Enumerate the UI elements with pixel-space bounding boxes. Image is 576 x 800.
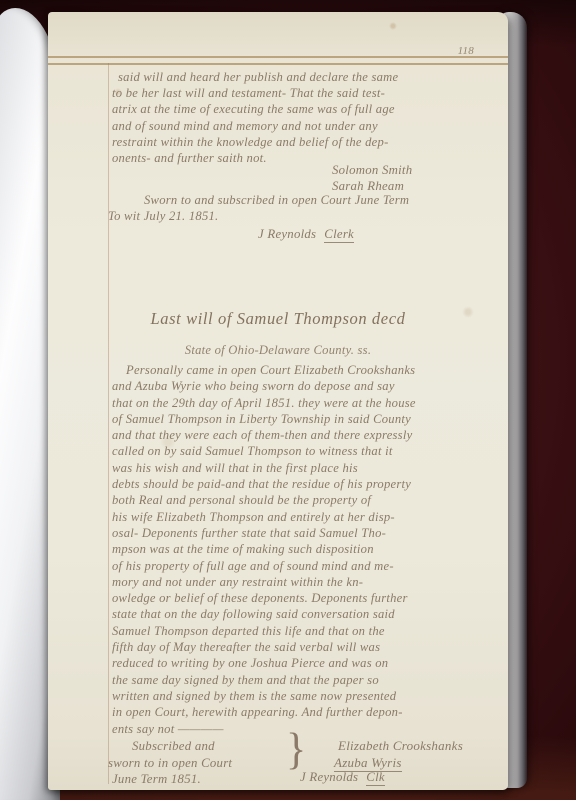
- handwritten-line: his wife Elizabeth Thompson and entirely…: [112, 509, 416, 525]
- top-ruled-line-outer: [48, 56, 508, 58]
- handwritten-line: restraint within the knowledge and belie…: [112, 134, 398, 150]
- handwritten-line: osal- Deponents further state that said …: [112, 525, 416, 541]
- clerk-name: J Reynolds: [258, 227, 316, 241]
- clerk-title: Clerk: [324, 227, 354, 243]
- handwritten-line: was his wish and will that in the first …: [112, 460, 416, 476]
- deponent-signature: Elizabeth Crookshanks: [338, 738, 463, 754]
- clerk-signature: J ReynoldsClerk: [258, 227, 354, 242]
- handwritten-line: the same day signed by them and that the…: [112, 672, 416, 688]
- handwritten-line: state that on the day following said con…: [112, 606, 416, 622]
- handwritten-line: atrix at the time of executing the same …: [112, 101, 398, 117]
- prev-will-text: said will and heard her publish and decl…: [112, 69, 398, 166]
- top-ruled-line-inner: [48, 63, 508, 65]
- handwritten-line: reduced to writing by one Joshua Pierce …: [112, 655, 416, 671]
- clerk-title: Clk: [366, 770, 385, 786]
- handwritten-line: Samuel Thompson departed this life and t…: [112, 623, 416, 639]
- closing-subscribed-line: Subscribed and: [132, 739, 215, 754]
- handwritten-line: to be her last will and testament- That …: [112, 85, 398, 101]
- page-number: 118: [458, 45, 474, 57]
- closing-brace: }: [286, 725, 306, 775]
- handwritten-line: and Azuba Wyrie who being sworn do depos…: [112, 378, 416, 394]
- handwritten-line: fifth day of May thereafter the said ver…: [112, 639, 416, 655]
- handwritten-line: and that they were each of them-then and…: [112, 427, 416, 443]
- prev-will-witness-signatures: Solomon Smith Sarah Rheam: [332, 163, 412, 194]
- record-heading: Last will of Samuel Thompson decd: [48, 309, 508, 329]
- clerk-name: J Reynolds: [300, 770, 358, 784]
- handwritten-line: mpson was at the time of making such dis…: [112, 541, 416, 557]
- attestation-date-line: To wit July 21. 1851.: [108, 209, 218, 224]
- handwritten-line: in open Court, herewith appearing. And f…: [112, 704, 416, 720]
- handwritten-line: mory and not under any restraint within …: [112, 574, 416, 590]
- handwritten-line: called on by said Samuel Thompson to wit…: [112, 443, 416, 459]
- attestation-line: Sworn to and subscribed in open Court Ju…: [144, 193, 409, 208]
- deponent-signature: Azuba Wyris: [334, 755, 402, 771]
- handwritten-line: owledge or belief of these deponents. De…: [112, 590, 416, 606]
- witness-signature: Solomon Smith: [332, 163, 412, 179]
- handwritten-line: of his property of full age and of sound…: [112, 558, 416, 574]
- handwritten-line: that on the 29th day of April 1851. they…: [112, 395, 416, 411]
- clerk-signature: J ReynoldsClk: [300, 770, 385, 785]
- venue-line: State of Ohio-Delaware County. ss.: [48, 343, 508, 358]
- ledger-page: 118 said will and heard her publish and …: [48, 12, 508, 790]
- handwritten-line: both Real and personal should be the pro…: [112, 492, 416, 508]
- closing-sworn-line: sworn to in open Court: [108, 756, 232, 771]
- handwritten-line: written and signed by them is the same n…: [112, 688, 416, 704]
- witness-signature: Sarah Rheam: [332, 179, 412, 195]
- left-margin-rule: [108, 63, 109, 784]
- handwritten-line: debts should be paid-and that the residu…: [112, 476, 416, 492]
- handwritten-line: said will and heard her publish and decl…: [118, 69, 398, 85]
- handwritten-line: ents say not ————: [112, 721, 416, 737]
- photographed-ledger-book: 118 said will and heard her publish and …: [0, 0, 576, 800]
- handwritten-line: Personally came in open Court Elizabeth …: [126, 362, 416, 378]
- handwritten-line: of Samuel Thompson in Liberty Township i…: [112, 411, 416, 427]
- thompson-will-text: Personally came in open Court Elizabeth …: [112, 362, 416, 737]
- handwritten-line: and of sound mind and memory and not und…: [112, 118, 398, 134]
- closing-term-line: June Term 1851.: [112, 772, 201, 787]
